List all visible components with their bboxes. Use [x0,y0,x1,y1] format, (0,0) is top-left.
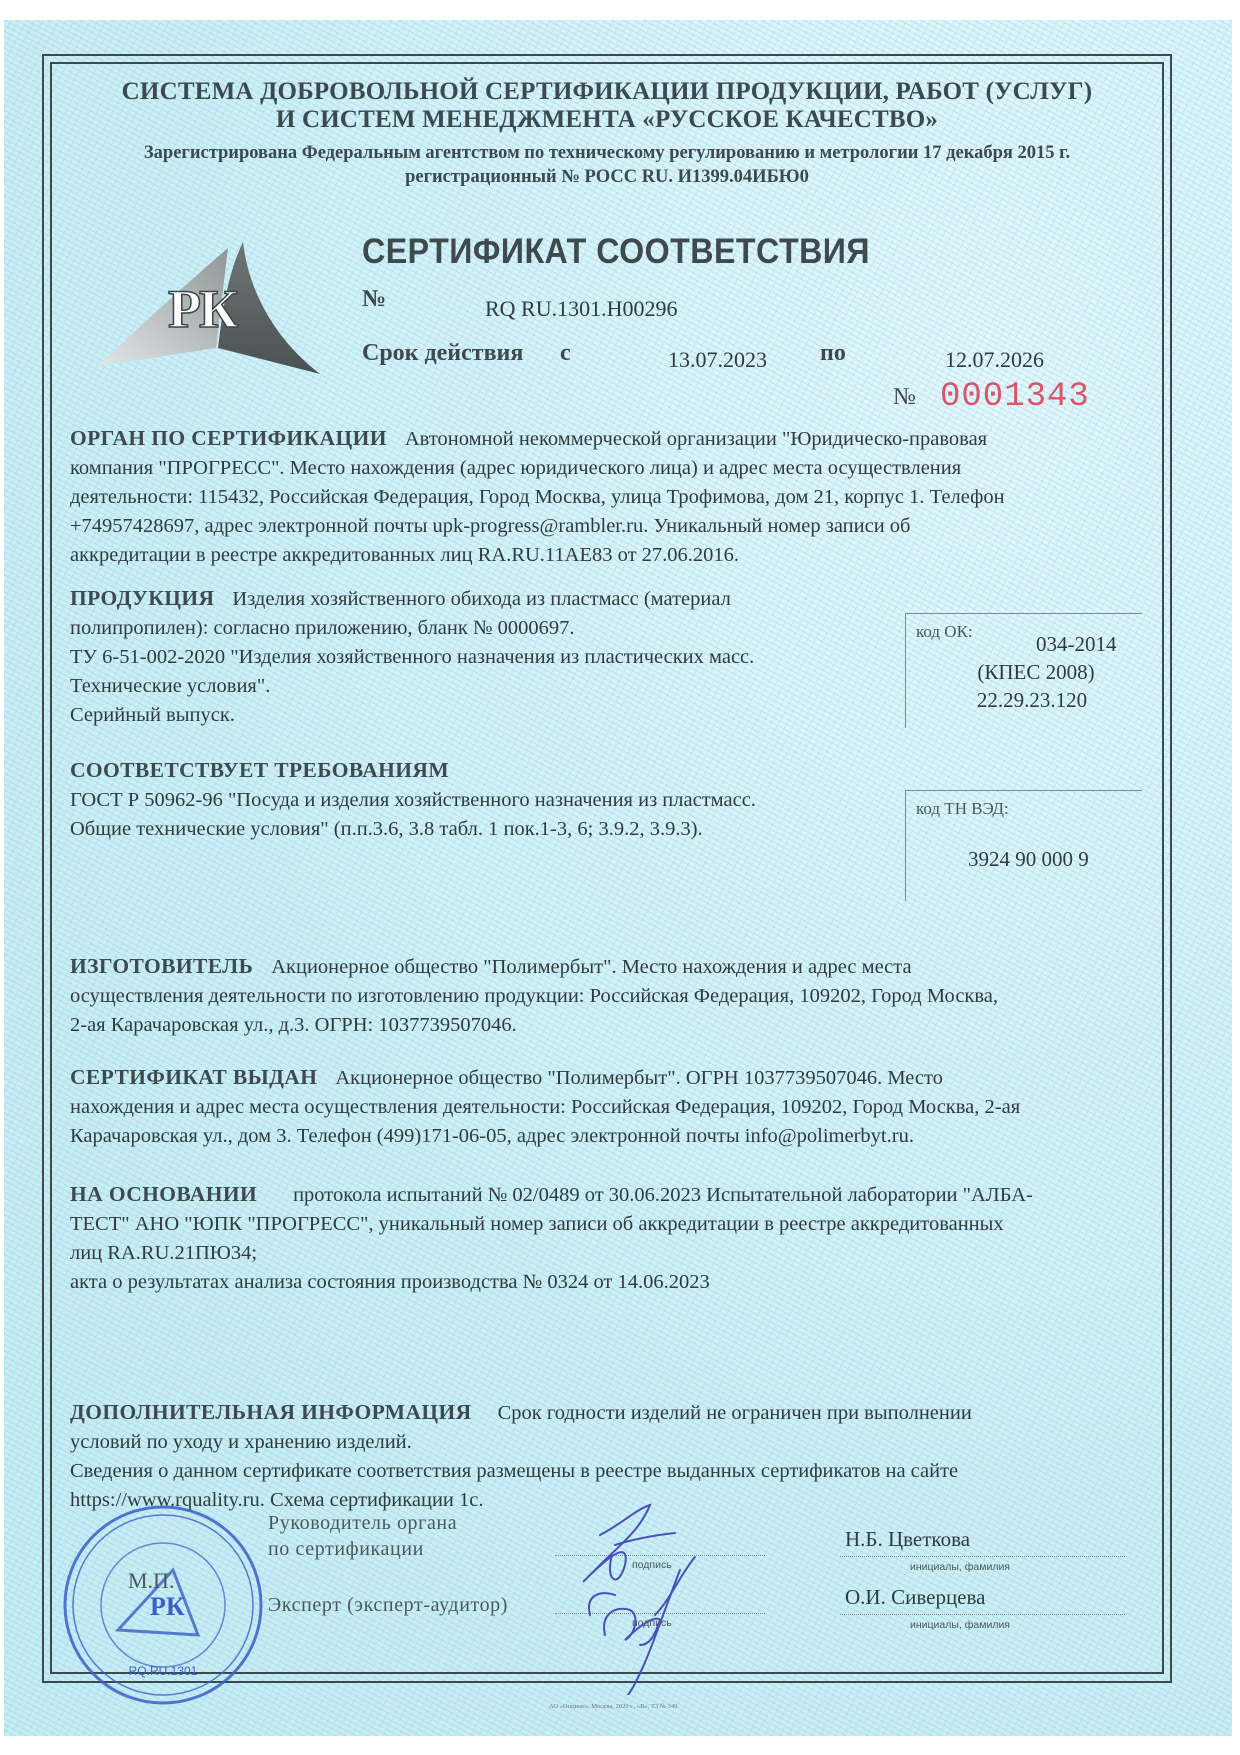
blank-number-label: № [893,384,916,411]
text-line: осуществления деятельности по изготовлен… [70,982,1150,1011]
expert-name-caption: инициалы, фамилия [910,1619,1010,1631]
text-line: Сведения о данном сертификате соответств… [70,1457,1150,1486]
section-title: ПРОДУКЦИЯ [70,586,214,610]
validity-to-label: по [820,340,846,367]
blank-number: 0001343 [940,378,1090,416]
section-title: НА ОСНОВАНИИ [70,1182,257,1206]
registration-line1: Зарегистрирована Федеральным агентством … [50,143,1164,164]
validity-to-date: 12.07.2026 [945,347,1044,373]
code-tnved-value: 3924 90 000 9 [968,847,1089,872]
text-line: ТЕСТ" АНО "ЮПК "ПРОГРЕСС", уникальный но… [70,1210,1150,1239]
code-ok-box: код ОК: 034-2014 (КПЕС 2008) 22.29.23.12… [905,613,1142,728]
head-name-caption: инициалы, фамилия [910,1561,1010,1573]
text-line: условий по уходу и хранению изделий. [70,1428,1150,1457]
text-line: Акционерное общество "Полимербыт". ОГРН … [335,1067,943,1089]
printer-info: АО «Опцион», Москва, 2020 г., «В», ТЗ № … [0,1703,1228,1710]
expert-role: Эксперт (эксперт-аудитор) [268,1592,508,1618]
code-tnved-box: код ТН ВЭД: 3924 90 000 9 [905,790,1142,901]
text-line: нахождения и адрес места осуществления д… [70,1093,1150,1122]
expert-name: О.И. Сиверцева [845,1585,985,1610]
section-issued-to: СЕРТИФИКАТ ВЫДАНАкционерное общество "По… [70,1063,1150,1151]
section-title: ОРГАН ПО СЕРТИФИКАЦИИ [70,426,387,450]
stamp: RQ.RU.1301 М.П. РК [58,1500,268,1710]
validity-label: Срок действия [362,340,523,367]
stamp-center-text: RQ.RU.1301 [129,1664,198,1678]
head-name: Н.Б. Цветкова [845,1527,970,1552]
section-title: СЕРТИФИКАТ ВЫДАН [70,1065,317,1089]
code-tnved-label: код ТН ВЭД: [916,799,1009,819]
registration-line2: регистрационный № РОСС RU. И1399.04ИБЮ0 [50,167,1164,188]
text-line: Изделия хозяйственного обихода из пластм… [232,588,730,610]
system-name-line2: И СИСТЕМ МЕНЕДЖМЕНТА «РУССКОЕ КАЧЕСТВО» [50,106,1164,134]
text-line: деятельности: 115432, Российская Федерац… [70,483,1150,512]
sail-logo-icon: РК [98,228,328,374]
certificate-title: СЕРТИФИКАТ СООТВЕТСТВИЯ [362,232,870,272]
expert-name-line [840,1614,1125,1615]
text-line: 2-ая Карачаровская ул., д.3. ОГРН: 10377… [70,1011,1150,1040]
section-certification-body: ОРГАН ПО СЕРТИФИКАЦИИАвтономной некоммер… [70,424,1150,570]
number-label: № [362,286,386,313]
code-ok-line3: 22.29.23.120 [914,688,1150,713]
text-line: +74957428697, адрес электронной почты up… [70,512,1150,541]
text-line: Автономной некоммерческой организации "Ю… [405,428,987,450]
text-line: акта о результатах анализа состояния про… [70,1268,1150,1297]
text-line: компания "ПРОГРЕСС". Место нахождения (а… [70,454,1150,483]
stamp-logo-text: РК [150,1592,185,1622]
handwritten-signatures-icon [560,1495,780,1695]
section-title: ДОПОЛНИТЕЛЬНАЯ ИНФОРМАЦИЯ [70,1400,472,1424]
code-ok-line1: 034-2014 [1036,632,1117,657]
system-name-line1: СИСТЕМА ДОБРОВОЛЬНОЙ СЕРТИФИКАЦИИ ПРОДУК… [50,78,1164,106]
text-line: аккредитации в реестре аккредитованных л… [70,541,1150,570]
text-line: протокола испытаний № 02/0489 от 30.06.2… [293,1184,1033,1206]
text-line: Карачаровская ул., дом 3. Телефон (499)1… [70,1122,1150,1151]
stamp-mp-label: М.П. [128,1568,174,1594]
section-basis: НА ОСНОВАНИИпротокола испытаний № 02/048… [70,1180,1150,1297]
logo-text: РК [168,278,236,340]
section-manufacturer: ИЗГОТОВИТЕЛЬАкционерное общество "Полиме… [70,952,1150,1040]
validity-from-label: с [560,340,571,367]
section-title: ИЗГОТОВИТЕЛЬ [70,954,253,978]
text-line: Срок годности изделий не ограничен при в… [498,1402,972,1424]
code-ok-line2: (КПЕС 2008) [918,660,1154,685]
head-name-line [840,1556,1125,1557]
text-line: Акционерное общество "Полимербыт". Место… [271,956,911,978]
head-role-line1: Руководитель органа [268,1510,457,1536]
code-ok-label: код ОК: [916,622,973,642]
head-role: Руководитель органа по сертификации [268,1510,457,1562]
validity-from-date: 13.07.2023 [668,347,767,373]
certificate-number: RQ RU.1301.H00296 [485,296,678,322]
head-role-line2: по сертификации [268,1536,457,1562]
text-line: лиц RA.RU.21ПЮ34; [70,1239,1150,1268]
section-title: СООТВЕТСТВУЕТ ТРЕБОВАНИЯМ [70,758,449,782]
